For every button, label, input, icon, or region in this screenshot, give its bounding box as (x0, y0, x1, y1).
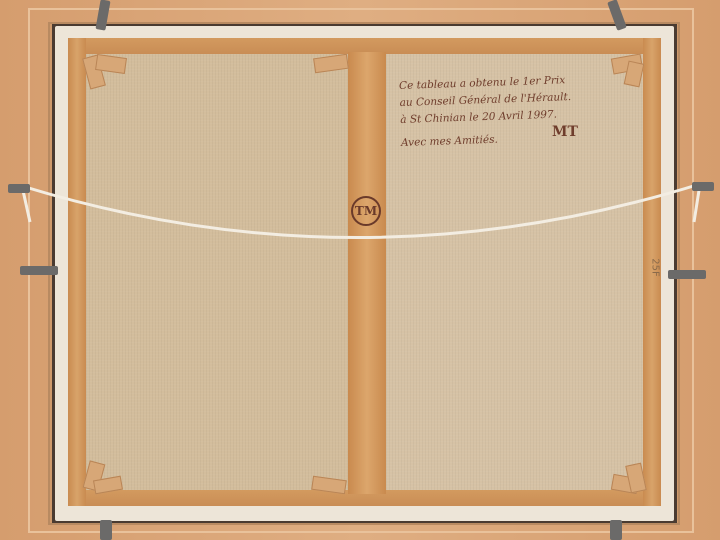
handwritten-inscription: Ce tableau a obtenu le 1er Prix au Conse… (399, 70, 631, 152)
artist-stamp: TM (351, 196, 381, 226)
frame-clip (692, 182, 714, 191)
frame-clip (8, 184, 30, 193)
frame-clip (20, 266, 58, 275)
frame-clip (668, 270, 706, 279)
frame-clip (100, 520, 112, 540)
frame-clip (610, 520, 622, 540)
artist-monogram: MT (552, 124, 578, 140)
canvas-size-mark: 25F (650, 258, 661, 276)
